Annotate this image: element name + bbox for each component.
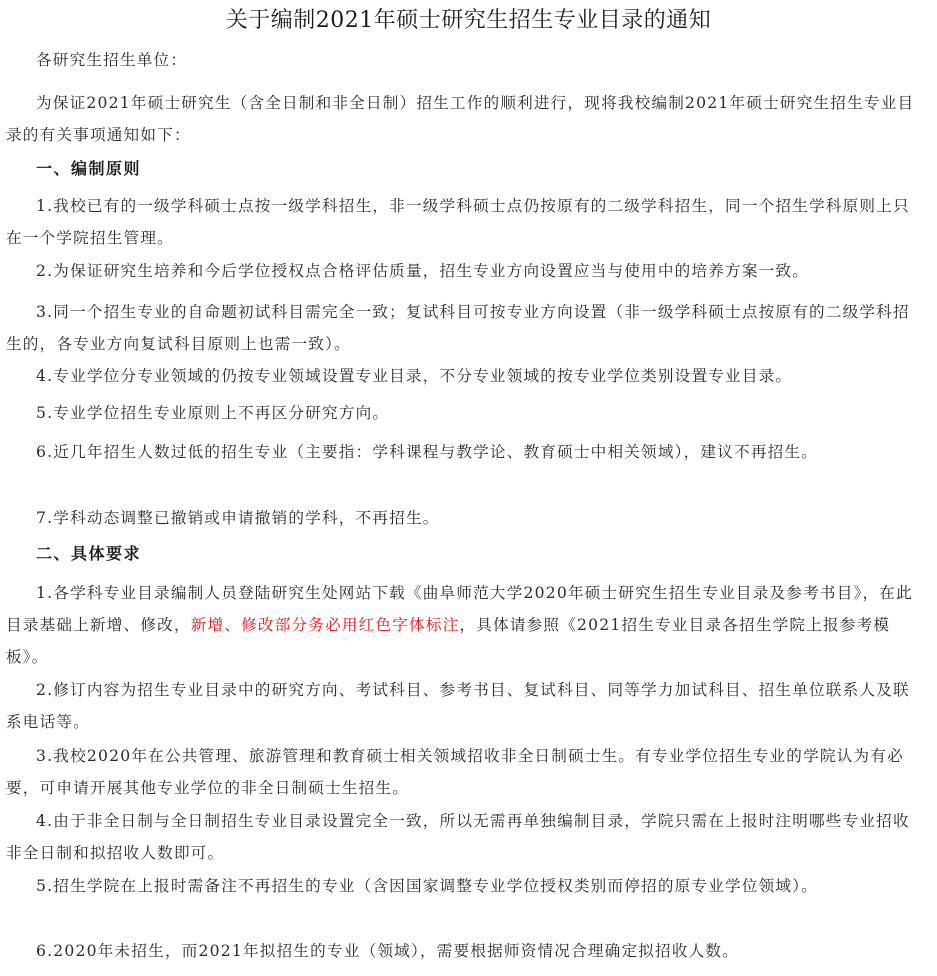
requirement-item-2: 2.修订内容为招生专业目录中的研究方向、考试科目、参考书目、复试科目、同等学力加… xyxy=(6,674,924,738)
section-heading-requirements: 二、具体要求 xyxy=(36,539,141,569)
section-heading-principles: 一、编制原则 xyxy=(36,154,141,184)
requirement-item-5: 5.招生学院在上报时需备注不再招生的专业（含因国家调整专业学位授权类别而停招的原… xyxy=(6,870,924,902)
red-highlight-text: 新增、修改部分务必用红色字体标注 xyxy=(191,616,460,634)
requirement-item-6: 6.2020年未招生，而2021年拟招生的专业（领域），需要根据师资情况合理确定… xyxy=(6,935,924,967)
principle-item-3: 3.同一个招生专业的自命题初试科目需完全一致；复试科目可按专业方向设置（非一级学… xyxy=(6,296,924,360)
requirement-item-4: 4.由于非全日制与全日制招生专业目录设置完全一致，所以无需再单独编制目录，学院只… xyxy=(6,805,924,869)
requirement-item-1: 1.各学科专业目录编制人员登陆研究生处网站下载《曲阜师范大学2020年硕士研究生… xyxy=(6,577,924,673)
requirement-item-3: 3.我校2020年在公共管理、旅游管理和教育硕士相关领域招收非全日制硕士生。有专… xyxy=(6,740,924,804)
document-title: 关于编制2021年硕士研究生招生专业目录的通知 xyxy=(0,6,937,36)
salutation: 各研究生招生单位： xyxy=(6,44,924,76)
principle-item-1: 1.我校已有的一级学科硕士点按一级学科招生，非一级学科硕士点仍按原有的二级学科招… xyxy=(6,190,924,254)
principle-item-5: 5.专业学位招生专业原则上不再区分研究方向。 xyxy=(6,397,924,429)
principle-item-6: 6.近几年招生人数过低的招生专业（主要指：学科课程与教学论、教育硕士中相关领域）… xyxy=(6,436,924,468)
principle-item-2: 2.为保证研究生培养和今后学位授权点合格评估质量，招生专业方向设置应当与使用中的… xyxy=(6,255,924,287)
intro-paragraph: 为保证2021年硕士研究生（含全日制和非全日制）招生工作的顺利进行，现将我校编制… xyxy=(6,87,924,151)
principle-item-4: 4.专业学位分专业领域的仍按专业领域设置专业目录，不分专业领域的按专业学位类别设… xyxy=(6,360,924,392)
principle-item-7: 7.学科动态调整已撤销或申请撤销的学科，不再招生。 xyxy=(6,502,924,534)
